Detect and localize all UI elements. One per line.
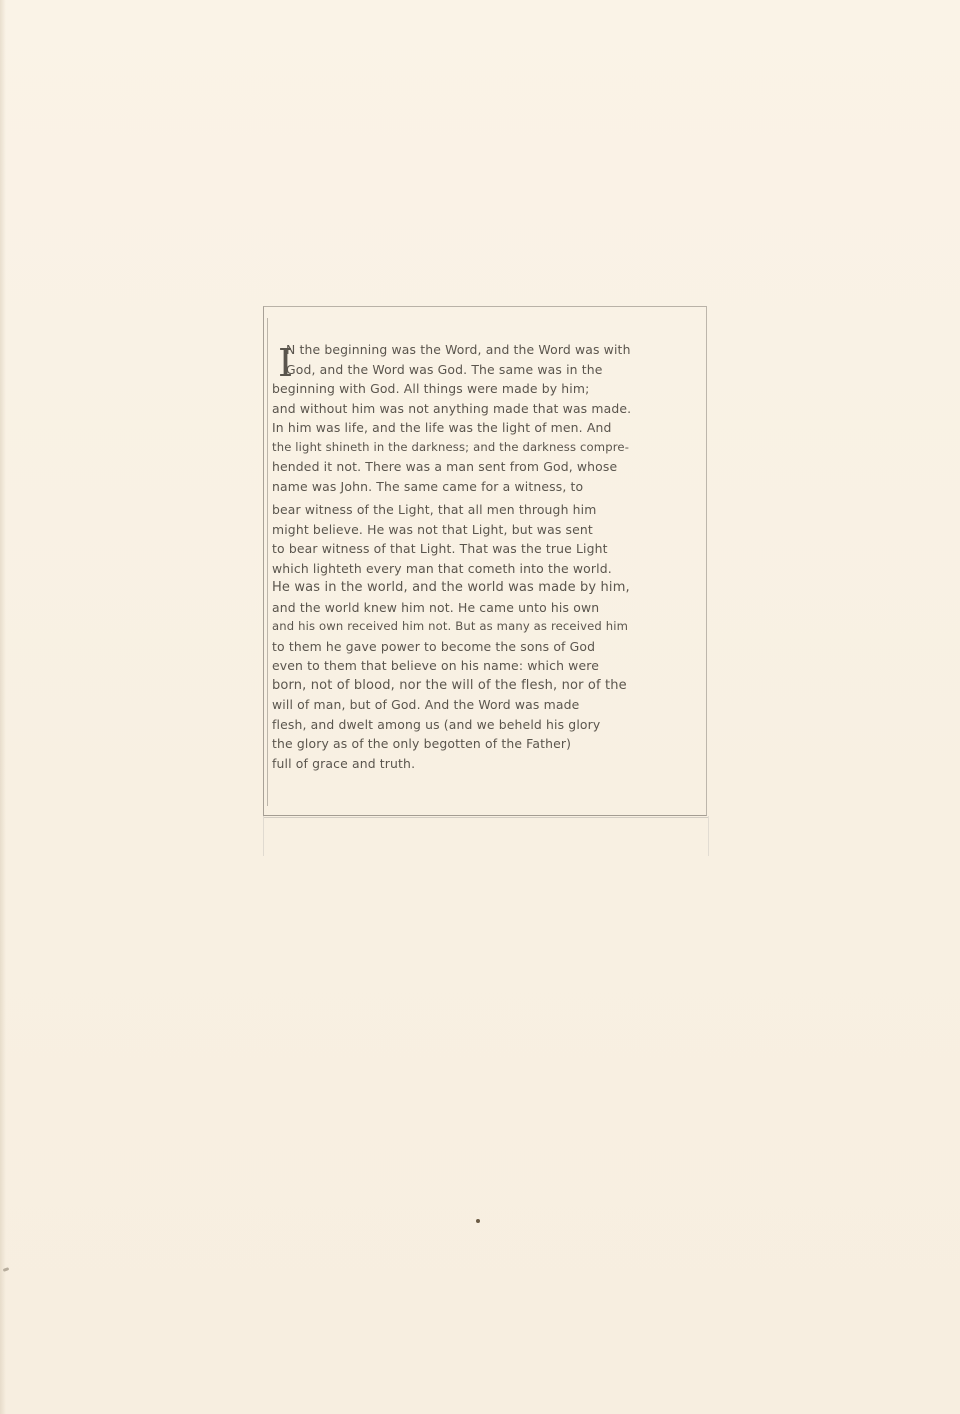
text-line: the light shineth in the darkness; and t… xyxy=(272,438,708,458)
text-line: bear witness of the Light, that all men … xyxy=(272,500,708,520)
text-line: which lighteth every man that cometh int… xyxy=(272,559,708,579)
text-line: beginning with God. All things were made… xyxy=(272,379,708,399)
text-line: and the world knew him not. He came unto… xyxy=(272,598,708,618)
text-line: flesh, and dwelt among us (and we beheld… xyxy=(272,715,708,735)
text-line: He was in the world, and the world was m… xyxy=(272,578,708,598)
text-line: and his own received him not. But as man… xyxy=(272,617,708,637)
text-line: name was John. The same came for a witne… xyxy=(272,477,708,497)
frame-inner-rule xyxy=(267,318,268,806)
text-line: hended it not. There was a man sent from… xyxy=(272,457,708,477)
lower-guide-rule xyxy=(263,817,709,818)
text-line: N the beginning was the Word, and the Wo… xyxy=(272,340,708,360)
text-line: even to them that believe on his name: w… xyxy=(272,656,708,676)
text-line: will of man, but of God. And the Word wa… xyxy=(272,695,708,715)
text-line: might believe. He was not that Light, bu… xyxy=(272,520,708,540)
ink-speck xyxy=(476,1219,480,1223)
text-line: the glory as of the only begotten of the… xyxy=(272,734,708,754)
text-line: In him was life, and the life was the li… xyxy=(272,418,708,438)
text-line: to them he gave power to become the sons… xyxy=(272,637,708,657)
text-line: God, and the Word was God. The same was … xyxy=(272,360,708,380)
paper-edge-shadow xyxy=(0,0,6,1414)
lower-guide-left-tick xyxy=(263,816,264,856)
text-line: full of grace and truth. xyxy=(272,754,708,774)
text-line: born, not of blood, nor the will of the … xyxy=(272,676,708,696)
text-line: to bear witness of that Light. That was … xyxy=(272,539,708,559)
lower-guide-right-tick xyxy=(708,816,709,856)
manuscript-text: N the beginning was the Word, and the Wo… xyxy=(272,340,708,773)
text-line: and without him was not anything made th… xyxy=(272,399,708,419)
